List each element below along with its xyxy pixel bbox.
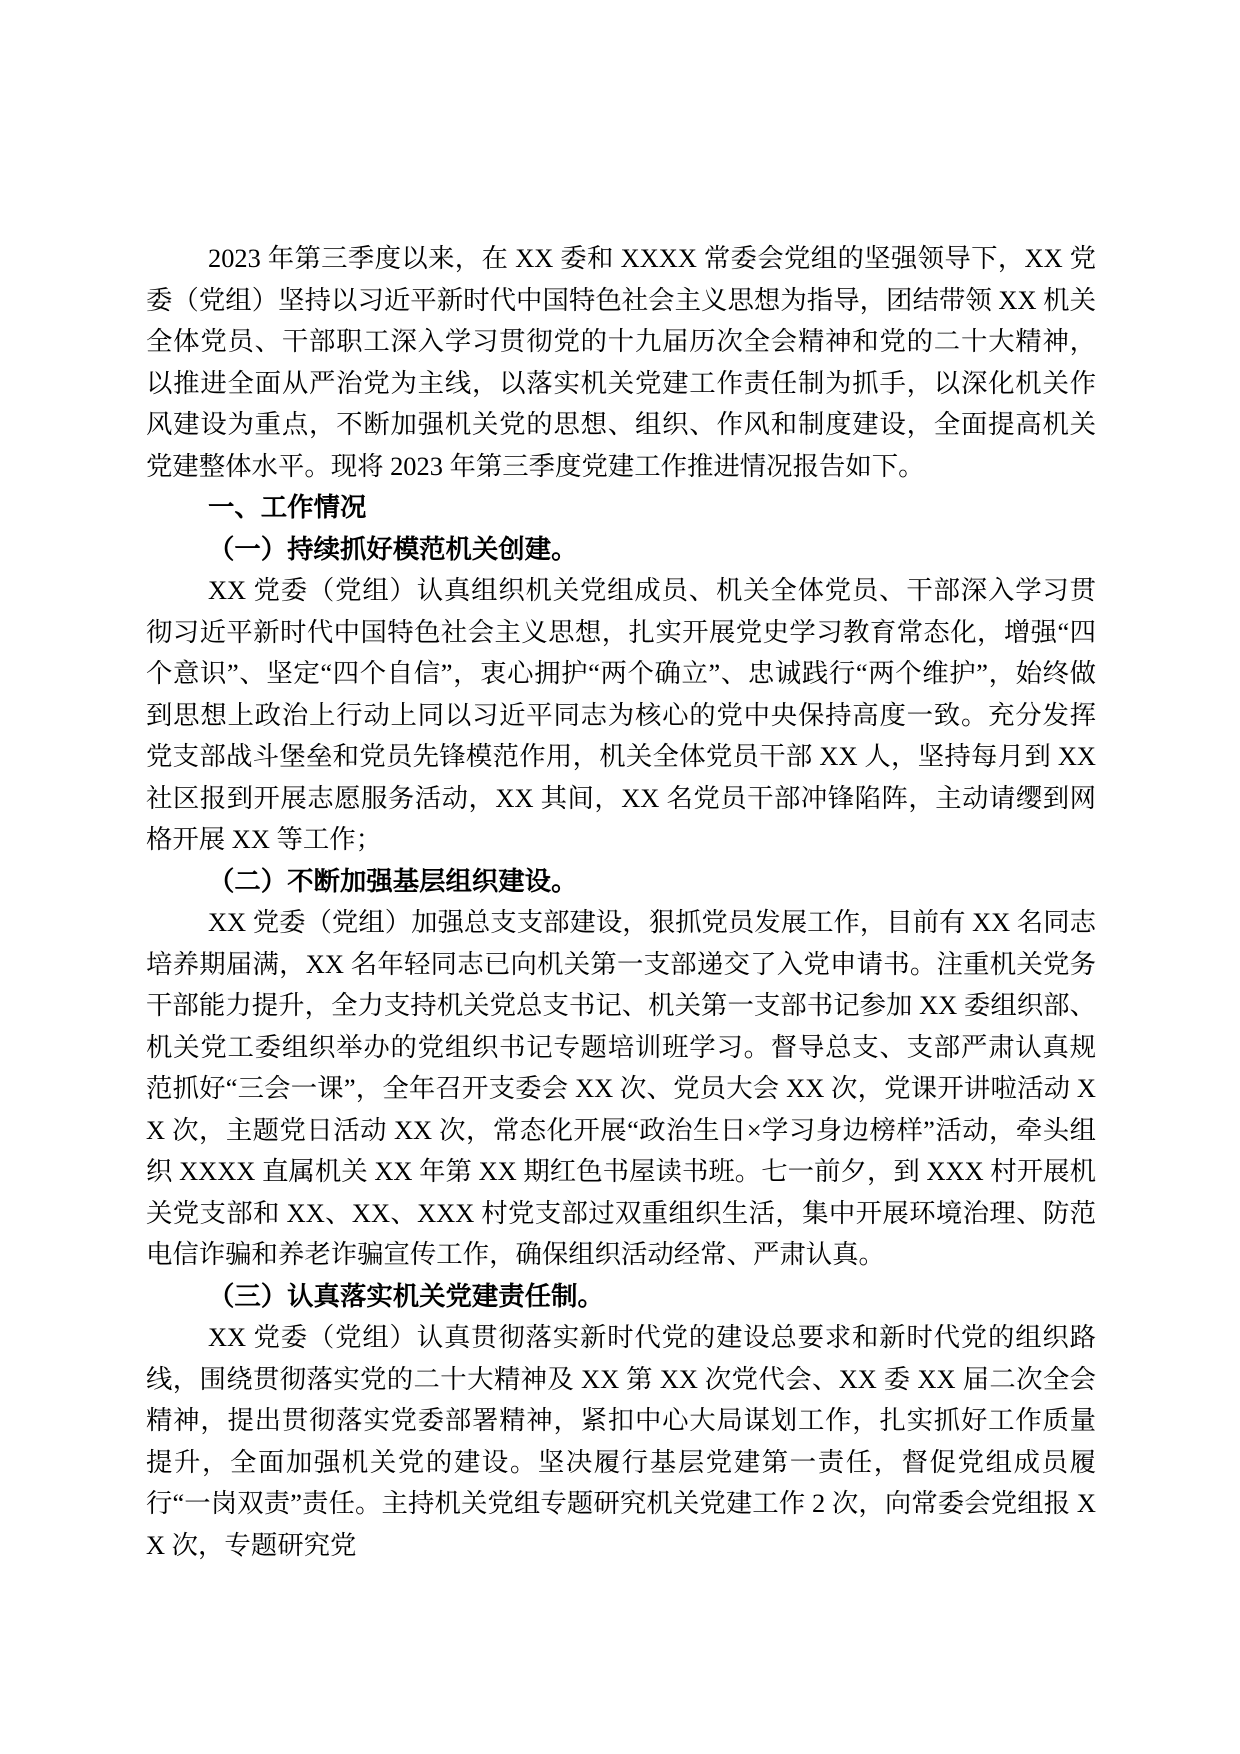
heading-subsection-1-model-organ: （一）持续抓好模范机关创建。 xyxy=(146,529,1096,571)
paragraph-intro: 2023 年第三季度以来，在 XX 委和 XXXX 常委会党组的坚强领导下，XX… xyxy=(146,238,1096,487)
paragraph-model-organ: XX 党委（党组）认真组织机关党组成员、机关全体党员、干部深入学习贯彻习近平新时… xyxy=(146,570,1096,861)
paragraph-grassroots-org: XX 党委（党组）加强总支支部建设，狠抓党员发展工作，目前有 XX 名同志培养期… xyxy=(146,902,1096,1276)
paragraph-responsibility-system: XX 党委（党组）认真贯彻落实新时代党的建设总要求和新时代党的组织路线，围绕贯彻… xyxy=(146,1317,1096,1566)
document-page: 2023 年第三季度以来，在 XX 委和 XXXX 常委会党组的坚强领导下，XX… xyxy=(0,0,1240,1754)
heading-subsection-2-grassroots-org: （二）不断加强基层组织建设。 xyxy=(146,861,1096,903)
heading-section-1-work-overview: 一、工作情况 xyxy=(146,487,1096,529)
heading-subsection-3-responsibility-system: （三）认真落实机关党建责任制。 xyxy=(146,1276,1096,1318)
